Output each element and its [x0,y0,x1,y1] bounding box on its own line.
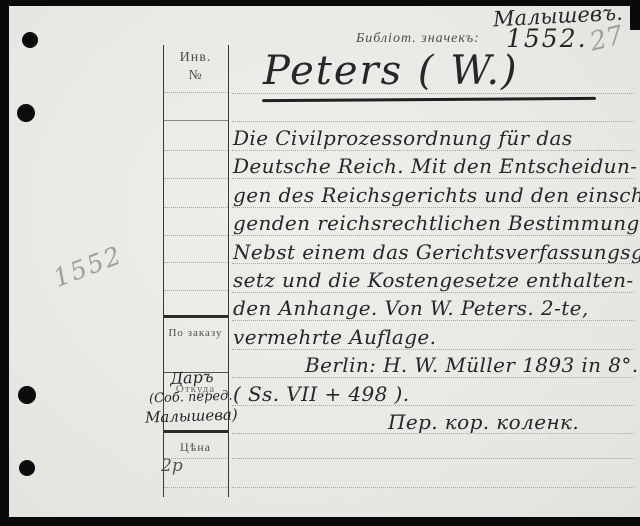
column-rule [164,150,228,151]
column-rule [164,262,228,263]
origin-note-line2: (Соб. перед. [149,389,233,407]
scan-edge-left [0,0,9,526]
ruled-line [232,458,634,459]
column-rule [164,120,228,121]
stamp-label: Библіот. значекъ: [356,31,480,47]
entry-line: Die Civilprozessordnung für das [233,124,633,152]
scan-edge-corner [630,0,640,30]
inventory-number-label: № [163,68,228,84]
origin-note-line3: Малышева) [145,405,238,426]
author-heading: Peters ( W.) [263,48,519,94]
entry-line: setz und die Kostengesetze enthalten- [233,266,633,294]
punch-hole [18,386,36,404]
entry-line: Nebst einem das Gerichtsverfassungsge- [233,238,633,266]
scan-edge-top [0,0,640,6]
origin-note-line1: Даръ [170,367,214,388]
column-rule [164,487,228,488]
column-rule-heavy [164,430,228,433]
price-label: Цѣна [163,440,228,455]
entry-line-binding: Пер. кор. коленк. [233,408,633,436]
entry-line-pagination: ( Ss. VII + 498 ). [233,380,633,408]
column-line-right [228,45,229,497]
column-rule [164,290,228,291]
price-value: 2р [161,456,183,476]
scan-edge-bottom [0,517,640,526]
ruled-line [232,121,634,122]
punch-hole [17,104,35,122]
entry-line: vermehrte Auflage. [233,323,633,351]
column-rule [164,235,228,236]
inventory-label: Инв. [163,50,228,66]
by-order-label: По заказу [163,327,228,339]
entry-body: Die Civilprozessordnung für das Deutsche… [233,124,633,436]
scanned-catalog-card: Инв. № По заказу Откуда Цѣна Даръ (Соб. … [0,0,640,526]
entry-line-publisher: Berlin: H. W. Müller 1893 in 8°. [233,351,633,379]
column-rule [164,92,228,93]
column-rule-heavy [164,315,228,318]
punch-hole [22,32,38,48]
punch-hole [19,460,35,476]
column-rule [164,207,228,208]
entry-line: den Anhange. Von W. Peters. 2-te, [233,294,633,322]
column-rule [164,178,228,179]
entry-line: gen des Reichsgerichts und den einschla- [233,181,633,209]
entry-line: genden reichsrechtlichen Bestimmungen. [233,209,633,237]
ruled-line [232,487,634,488]
entry-line: Deutsche Reich. Mit den Entscheidun- [233,152,633,180]
